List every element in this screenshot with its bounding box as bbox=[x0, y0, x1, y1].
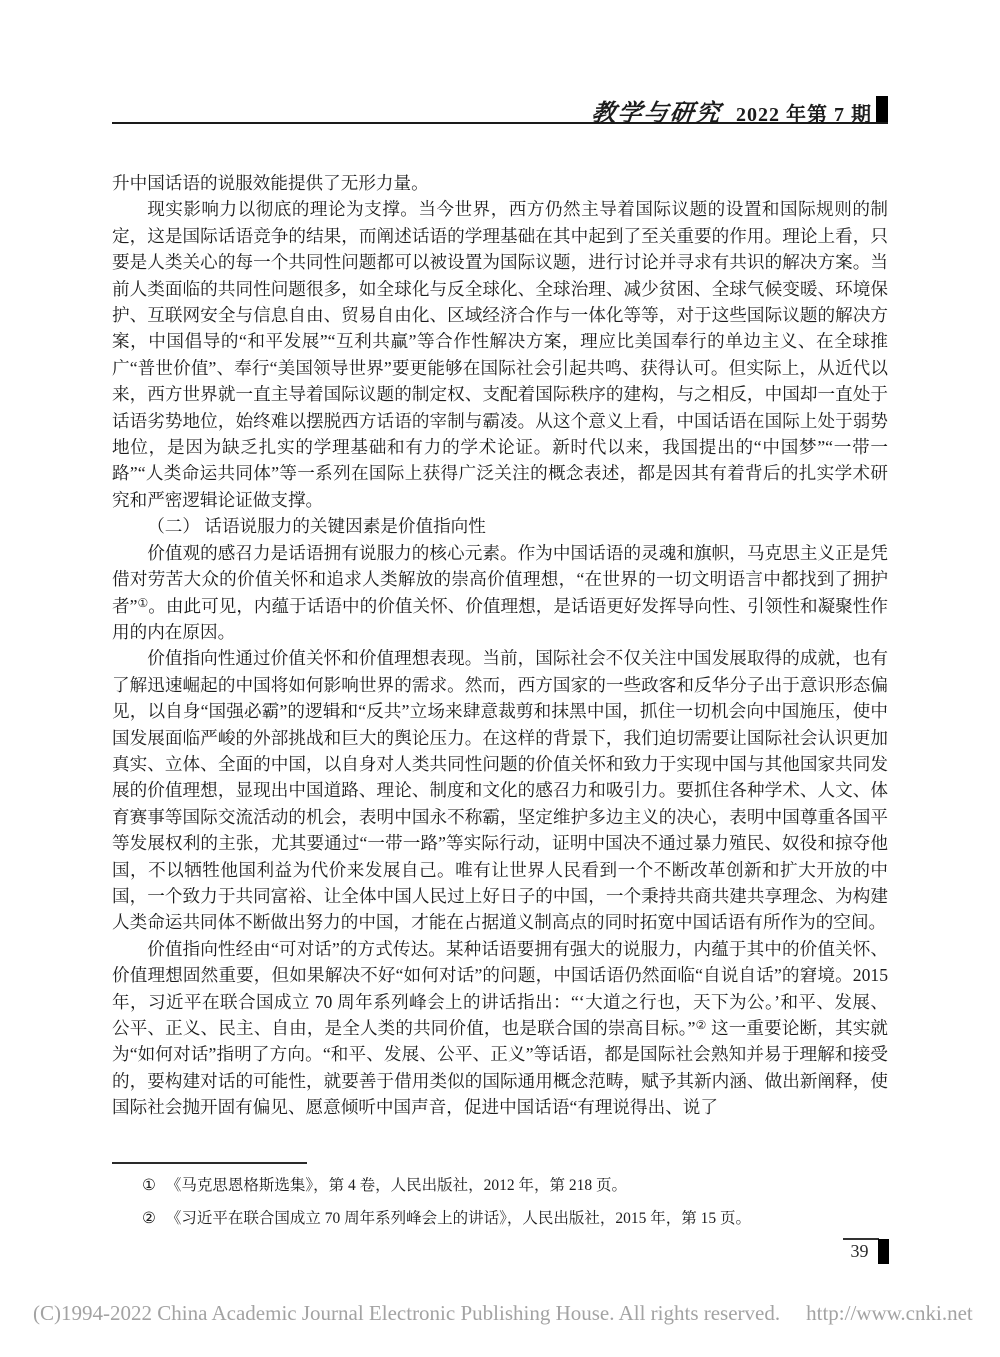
paragraph: 价值观的感召力是话语拥有说服力的核心元素。作为中国话语的灵魂和旗帜，马克思主义正… bbox=[112, 540, 888, 646]
footnote-list: ①《马克思恩格斯选集》，第 4 卷，人民出版社，2012 年，第 218 页。②… bbox=[112, 1169, 888, 1235]
paragraph: 价值指向性经由“可对话”的方式传达。某种话语要拥有强大的说服力，内蕴于其中的价值… bbox=[112, 936, 888, 1121]
footnote-text: 《马克思恩格斯选集》，第 4 卷，人民出版社，2012 年，第 218 页。 bbox=[166, 1177, 627, 1194]
footnote-divider bbox=[112, 1162, 307, 1164]
paragraph: 升中国话语的说服效能提供了无形力量。 bbox=[112, 170, 888, 196]
footnote-marker: ① bbox=[142, 1169, 156, 1202]
footnote-marker: ② bbox=[142, 1202, 156, 1235]
footnote-text: 《习近平在联合国成立 70 周年系列峰会上的讲话》，人民出版社，2015 年，第… bbox=[166, 1210, 751, 1227]
article-body: 升中国话语的说服效能提供了无形力量。现实影响力以彻底的理论为支撑。当今世界，西方… bbox=[112, 170, 888, 1121]
page-number-bar bbox=[878, 1239, 889, 1264]
copyright-url: http://www.cnki.net bbox=[806, 1301, 973, 1325]
paragraph: 价值指向性通过价值关怀和价值理想表现。当前，国际社会不仅关注中国发展取得的成就，… bbox=[112, 645, 888, 935]
copyright-footer: (C)1994-2022 China Academic Journal Elec… bbox=[33, 1301, 973, 1326]
footnote-item: ①《马克思恩格斯选集》，第 4 卷，人民出版社，2012 年，第 218 页。 bbox=[112, 1169, 888, 1202]
header-block-mark bbox=[876, 96, 888, 124]
copyright-text: (C)1994-2022 China Academic Journal Elec… bbox=[33, 1301, 780, 1325]
footnote-ref: ① bbox=[137, 596, 148, 610]
page-header: 教学与研究 2022 年第 7 期 bbox=[592, 93, 872, 121]
footnote-ref: ② bbox=[695, 1018, 706, 1032]
page-number: 39 bbox=[843, 1241, 876, 1262]
footnote-item: ②《习近平在联合国成立 70 周年系列峰会上的讲话》，人民出版社，2015 年，… bbox=[112, 1202, 888, 1235]
paragraph: 现实影响力以彻底的理论为支撑。当今世界，西方仍然主导着国际议题的设置和国际规则的… bbox=[112, 196, 888, 513]
header-rule bbox=[112, 122, 888, 124]
page-number-rule bbox=[843, 1238, 879, 1240]
journal-page: 教学与研究 2022 年第 7 期 升中国话语的说服效能提供了无形力量。现实影响… bbox=[0, 0, 1000, 1357]
paragraph: （二） 话语说服力的关键因素是价值指向性 bbox=[112, 513, 888, 539]
